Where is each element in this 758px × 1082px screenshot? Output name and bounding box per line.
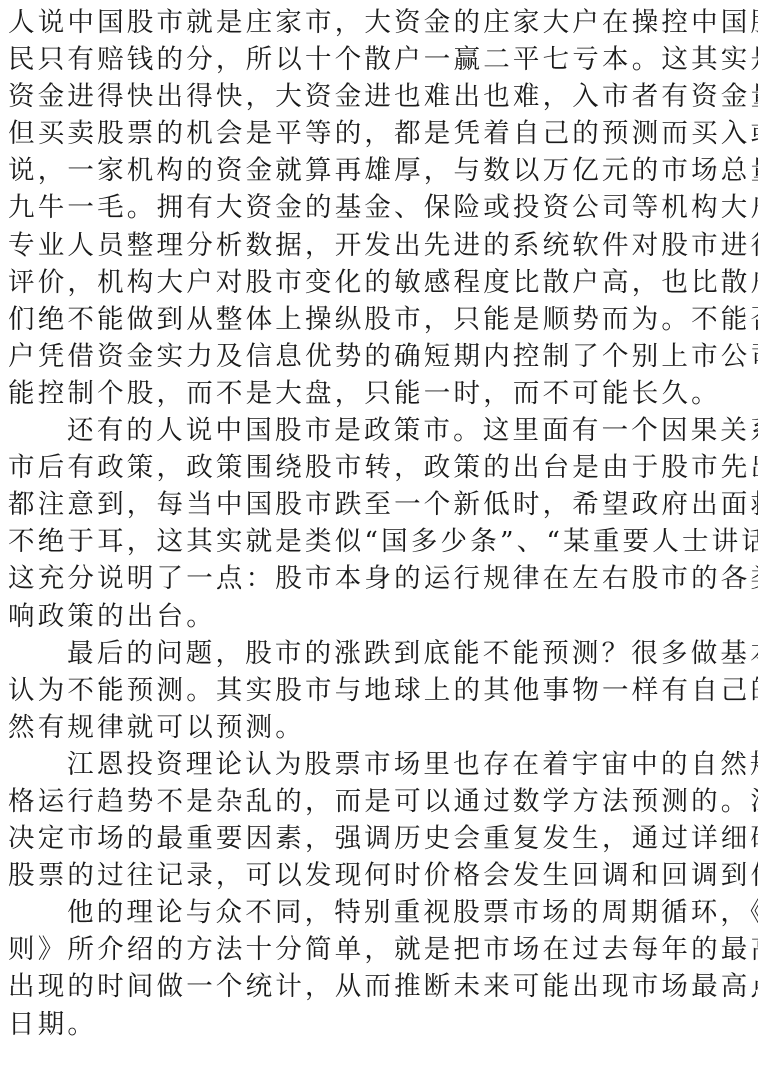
document-page: 人说中国股市就是庄家市，大资金的庄家大户在操控中国股市，小散户股 民只有赔钱的分… [8, 4, 754, 1043]
text-line: 出现的时间做一个统计，从而推断未来可能出现市场最高点和最低点的 [8, 968, 754, 1005]
text-line: 说，一家机构的资金就算再雄厚，与数以万亿元的市场总量相比，也只能 [8, 152, 754, 189]
text-line: 则》所介绍的方法十分简单，就是把市场在过去每年的最高点和最低点 [8, 931, 754, 968]
text-line-indented: 还有的人说中国股市是政策市。这里面有一个因果关系，就是先有股 [8, 412, 754, 449]
paragraph-3: 最后的问题，股市的涨跌到底能不能预测？很多做基本面分析的人士 认为不能预测。其实… [8, 635, 754, 746]
text-line: 格运行趋势不是杂乱的，而是可以通过数学方法预测的。江恩把时间看做 [8, 783, 754, 820]
text-line: 评价，机构大户对股市变化的敏感程度比散户高，也比散户快。但是，他 [8, 264, 754, 301]
text-line: 这充分说明了一点：股市本身的运行规律在左右股市的各类参与者，在影 [8, 560, 754, 597]
text-line-indented: 最后的问题，股市的涨跌到底能不能预测？很多做基本面分析的人士 [8, 635, 754, 672]
text-line: 人说中国股市就是庄家市，大资金的庄家大户在操控中国股市，小散户股 [8, 4, 754, 41]
text-line: 市后有政策，政策围绕股市转，政策的出台是由于股市先出了问题。大家 [8, 449, 754, 486]
text-line: 都注意到，每当中国股市跌至一个新低时，希望政府出面救市的声音就会 [8, 486, 754, 523]
text-line: 认为不能预测。其实股市与地球上的其他事物一样有自己的运行规律，既 [8, 672, 754, 709]
text-line: 资金进得快出得快，大资金进也难出也难，入市者有资金量大小的差别， [8, 78, 754, 115]
paragraph-5: 他的理论与众不同，特别重视股票市场的周期循环，《江恩测市法 则》所介绍的方法十分… [8, 894, 754, 1042]
text-line: 然有规律就可以预测。 [8, 709, 754, 746]
text-line: 能控制个股，而不是大盘，只能一时，而不可能长久。 [8, 375, 754, 412]
text-line-indented: 江恩投资理论认为股票市场里也存在着宇宙中的自然规则，市场的价 [8, 746, 754, 783]
text-line: 但买卖股票的机会是平等的，都是凭着自己的预测而买入或卖出。往浅处 [8, 115, 754, 152]
text-line: 日期。 [8, 1006, 754, 1043]
paragraph-4: 江恩投资理论认为股票市场里也存在着宇宙中的自然规则，市场的价 格运行趋势不是杂乱… [8, 746, 754, 894]
text-line: 专业人员整理分析数据，开发出先进的系统软件对股市进行研究。公平地 [8, 227, 754, 264]
text-line: 九牛一毛。拥有大资金的基金、保险或投资公司等机构大户，招募了一批 [8, 189, 754, 226]
text-line: 响政策的出台。 [8, 598, 754, 635]
text-line-indented: 他的理论与众不同，特别重视股票市场的周期循环，《江恩测市法 [8, 894, 754, 931]
text-line: 股票的过往记录，可以发现何时价格会发生回调和回调到什么价位。 [8, 857, 754, 894]
paragraph-2: 还有的人说中国股市是政策市。这里面有一个因果关系，就是先有股 市后有政策，政策围… [8, 412, 754, 635]
paragraph-1: 人说中国股市就是庄家市，大资金的庄家大户在操控中国股市，小散户股 民只有赔钱的分… [8, 4, 754, 412]
text-line: 户凭借资金实力及信息优势的确短期内控制了个别上市公司的股价，但只 [8, 338, 754, 375]
text-line: 不绝于耳，这其实就是类似“国多少条”、“某重要人士讲话”的由来， [8, 523, 754, 560]
text-line: 民只有赔钱的分，所以十个散户一赢二平七亏本。这其实是一种误解。小 [8, 41, 754, 78]
text-line: 们绝不能做到从整体上操纵股市，只能是顺势而为。不能否认有些机构大 [8, 301, 754, 338]
text-line: 决定市场的最重要因素，强调历史会重复发生，通过详细研究大盘及个别 [8, 820, 754, 857]
